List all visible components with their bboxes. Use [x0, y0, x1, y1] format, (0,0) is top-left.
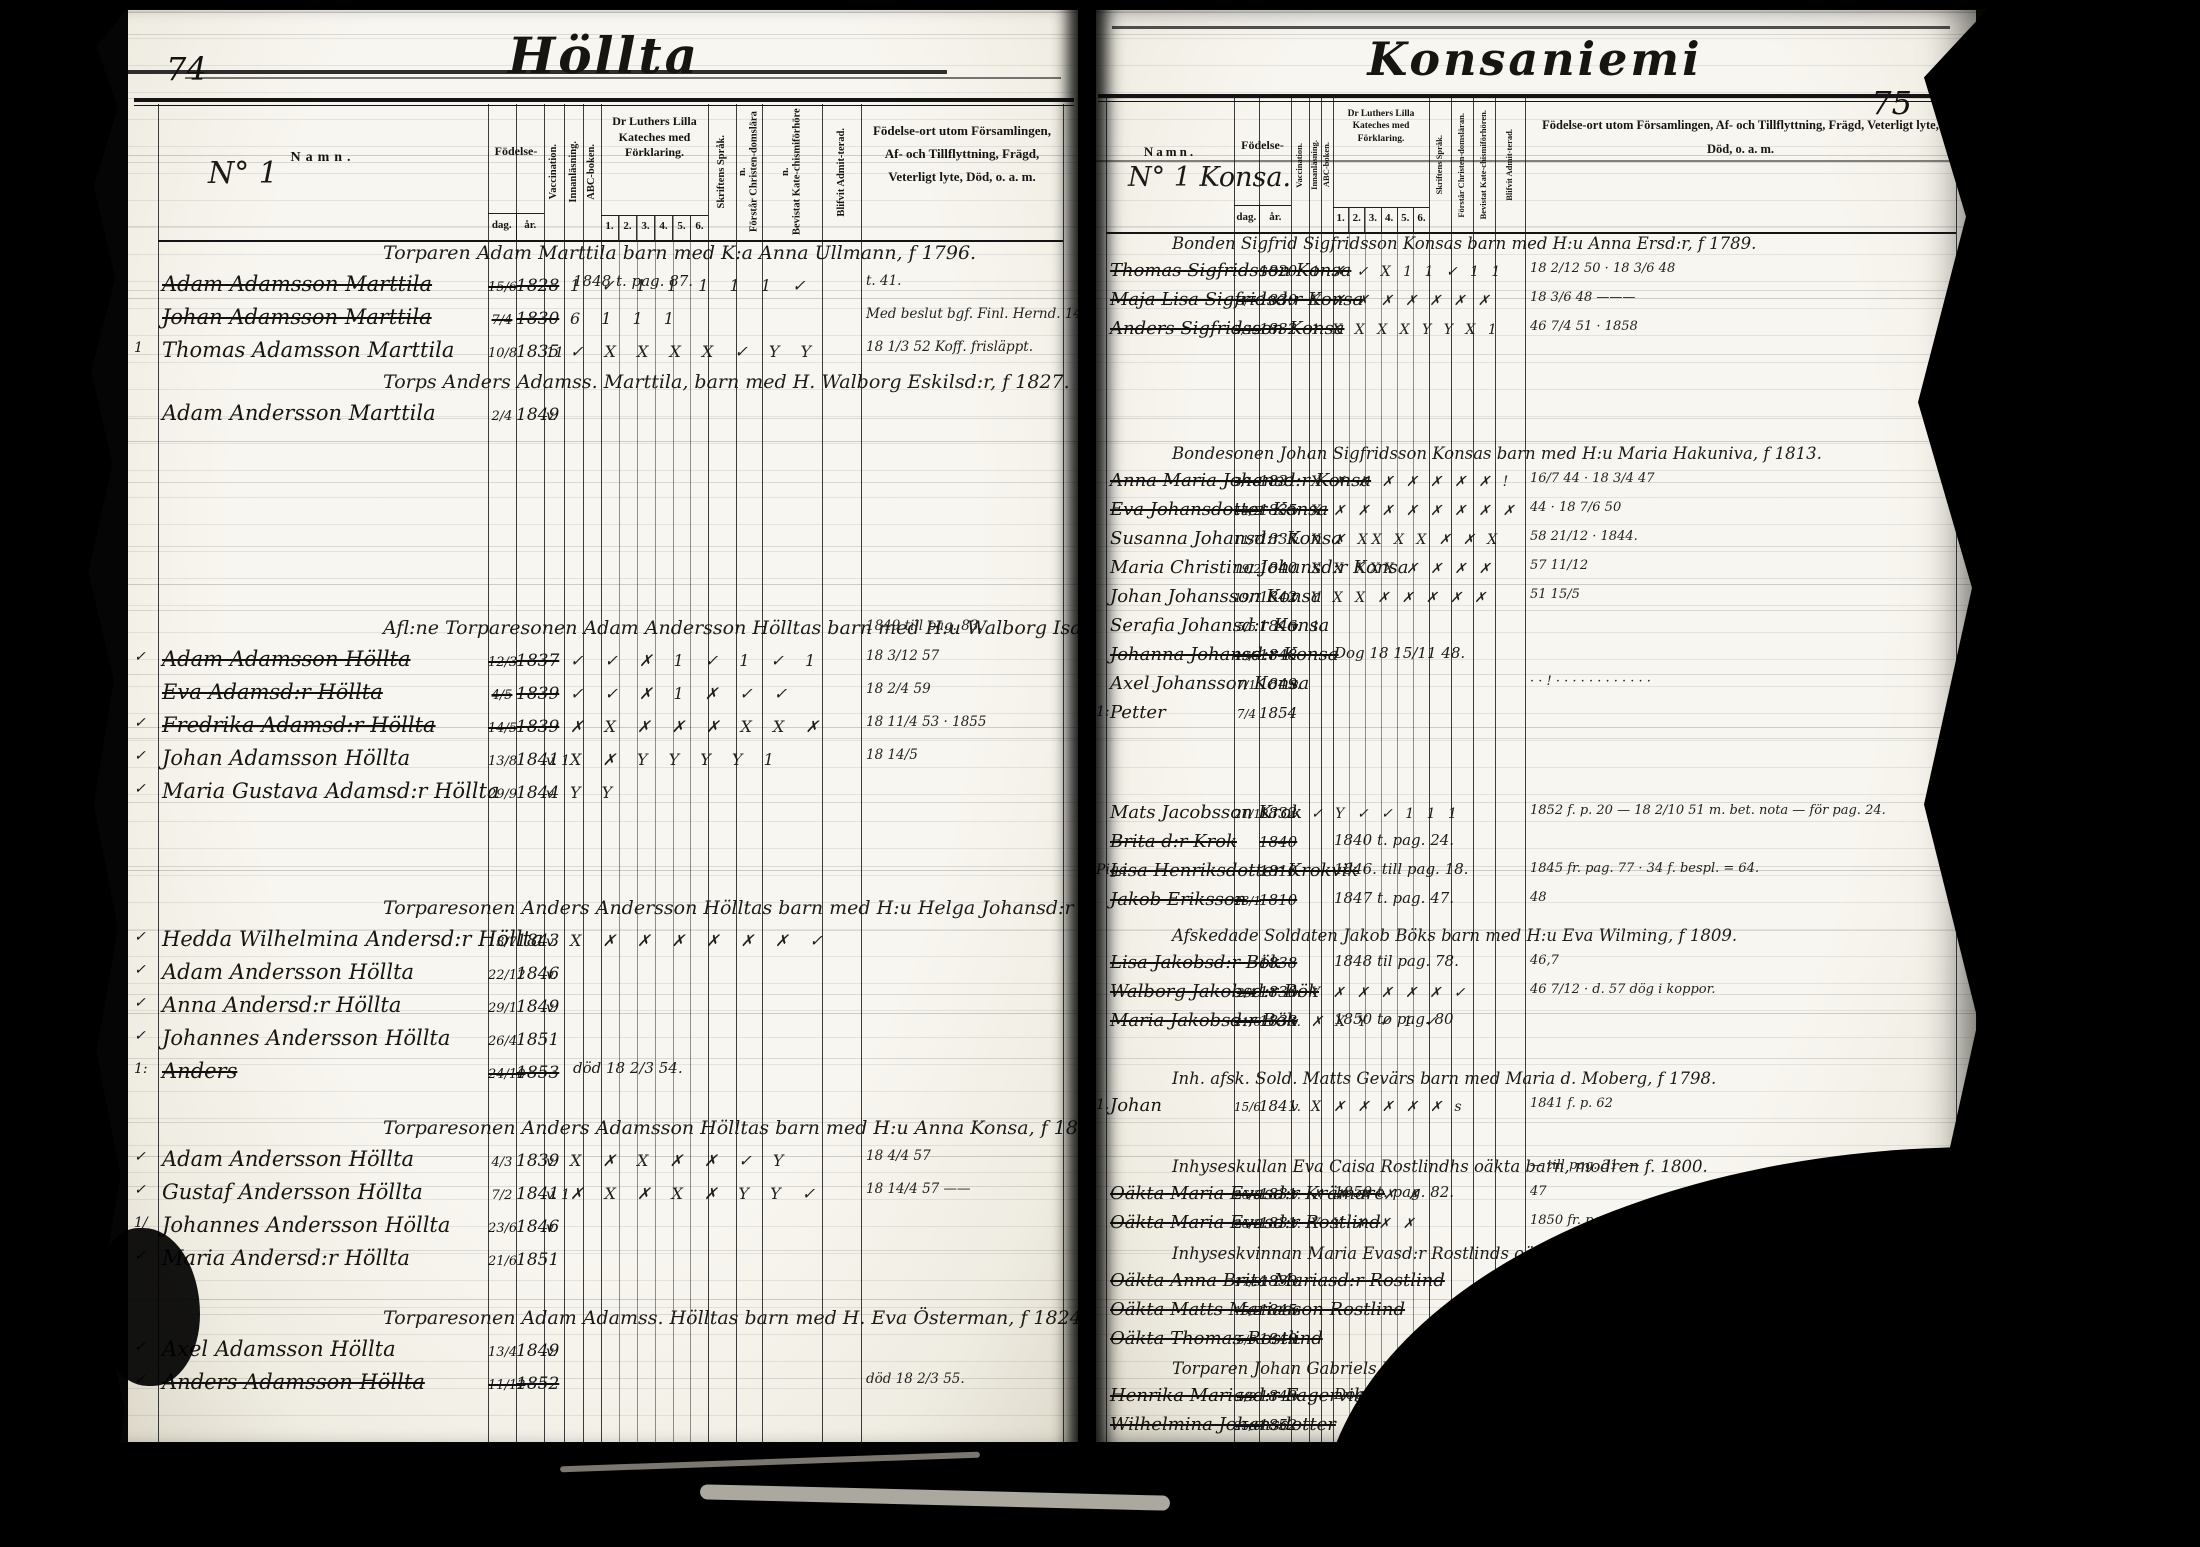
record-name: Oäkta Matts Mariasson Rostlind — [1110, 1299, 1234, 1320]
record-row: Walborg Jakobsd:r Bök2/41830v.Y ✗ ✗ ✗ ✗ … — [1094, 981, 1976, 1010]
kateches-col-1: 1. — [1333, 208, 1348, 232]
record-name: Gustaf Andersson Höllta — [162, 1180, 488, 1204]
catechism-marks: ✓ ✓ ✗ 1 ✓ 1 ✓ 1 — [570, 651, 823, 670]
record-row: 1/Johannes Andersson Höllta23/61846v. — [128, 1213, 1080, 1246]
birth-day: 13/4 — [488, 1345, 516, 1360]
row-lead-mark: Piga — [1096, 862, 1127, 878]
margin-note: · · ! · · · · · · · · · · · · — [1530, 674, 1651, 689]
birth-day: 25/6 — [1234, 1419, 1259, 1433]
birth-year: 1840 — [1259, 559, 1291, 577]
column-forstar-christendomslaran: Förstår Christen-domsläran. — [736, 104, 762, 240]
record-name: Maria Jakobsd:r Bök — [1110, 1010, 1234, 1031]
record-name: Johan Johansson Konsa — [1110, 586, 1234, 607]
record-row: Brita d:r Krok18401840 t. pag. 24. — [1094, 831, 1976, 860]
family-section: Afskedade Soldaten Jakob Böks barn med H… — [1094, 926, 1976, 1039]
birth-day: 7/1 — [1234, 678, 1259, 692]
vaccination-mark: v. — [546, 1344, 570, 1360]
kateches-col-5: 5. — [1397, 208, 1413, 232]
birth-year: 1846 — [516, 964, 546, 984]
margin-note: 1852 f. p. 20 — 18 2/10 51 m. bet. nota … — [1530, 803, 1886, 818]
margin-note: 57 11/12 — [1530, 558, 1588, 573]
column-rule — [861, 104, 862, 1442]
record-name: Johanna Johansd:r Konsa — [1110, 644, 1234, 665]
birth-year: 1849 — [516, 405, 546, 425]
kateches-col-2: 2. — [1348, 208, 1364, 232]
birth-year: 1849 — [1259, 1387, 1291, 1405]
birth-year: 1835 — [1259, 501, 1291, 519]
birth-year: 1830 — [1259, 291, 1291, 309]
catechism-marks: ✓ X X X X ✓ Y Y — [570, 342, 819, 361]
record-row: PigaLisa Henriksdotter Krokvik18101846. … — [1094, 860, 1976, 889]
row-lead-mark: ✓ — [134, 929, 146, 945]
record-name: Axel Johansson Konsa — [1110, 673, 1234, 694]
row-lead-mark: 1: — [134, 1061, 148, 1077]
vaccination-mark: v. 1 — [546, 1187, 570, 1203]
record-name: Oäkta Maria Evasd:r Krämare — [1110, 1183, 1234, 1204]
margin-note: 46,7 — [1530, 953, 1559, 968]
vaccination-mark: v. — [1291, 620, 1311, 635]
row-lead-mark: ✓ — [134, 1028, 146, 1044]
birth-year: 1841 — [516, 1184, 546, 1204]
margin-note: t. 41. — [866, 273, 901, 289]
kateches-col-3: 3. — [1364, 208, 1380, 232]
row-lead-mark: ✓ — [134, 1149, 146, 1165]
margin-note: 58 21/12 · 1844. — [1530, 529, 1638, 544]
record-row: 1Thomas Adamsson Marttila10/8183511✓ X X… — [128, 338, 1080, 371]
bevistat-label: Bevistat Kate-chismiförhören. — [780, 108, 803, 236]
record-name: Serafia Johansd:r Konsa — [1110, 615, 1234, 636]
birth-year: 1830 — [516, 309, 546, 329]
kateches-col-6: 6. — [690, 216, 708, 240]
catechism-marks: X ✗ ✗ ✗ ✗ ✗ ✗ ✗ ! — [1311, 474, 1512, 490]
family-header-note: — till pag. 31. — — [1530, 1158, 1639, 1173]
vaccination-mark: v. — [1291, 1304, 1311, 1319]
birth-day: 13/8 — [488, 754, 516, 769]
column-bevistat-katechismiforhoren: Bevistat Kate-chismiförhören. — [762, 104, 822, 240]
family-header-text: Bondesonen Johan Sigfridsson Konsas barn… — [1172, 444, 1822, 463]
subcolumn-rule — [690, 216, 691, 1442]
column-rule — [1525, 98, 1526, 1442]
family-section: Torparen Adam Marttila barn med K:a Anna… — [128, 242, 1080, 371]
birth-year: 1820 — [1259, 262, 1291, 280]
row-lead-mark: ✓ — [134, 715, 146, 731]
record-row: Johan Adamsson Marttila7/418306 1 1 1Med… — [128, 305, 1080, 338]
birth-day: 29/1 — [488, 1001, 516, 1016]
record-name: Anders Sigfridsson Konsa — [1110, 318, 1234, 339]
vaccination-mark: v. — [1291, 1015, 1311, 1030]
vaccination-mark: v. — [1291, 1100, 1311, 1115]
family-header-text: Torparen Adam Marttila barn med K:a Anna… — [383, 242, 976, 264]
family-header-row: Inh. afsk. Sold. Matts Gevärs barn med M… — [1094, 1069, 1976, 1095]
record-row: Johan Johansson Konsa19/71842v.Y X X ✗ ✗… — [1094, 586, 1976, 615]
inline-note: Dog 18 15/11 48. — [1334, 644, 1465, 662]
birth-year: 1841 — [1259, 1097, 1291, 1115]
margin-note: 18 4/4 57 — [866, 1148, 931, 1164]
column-skriftens-sprak: Skriftens Språk. — [708, 104, 736, 240]
birth-year: 1851 — [516, 1030, 546, 1050]
birth-year: 1849 — [516, 997, 546, 1017]
bevistat-label: Bevistat Kate-chismiförhören. — [1479, 110, 1488, 219]
record-row: ✓Maria Andersd:r Höllta21/61851 — [128, 1246, 1080, 1279]
birth-day: 22/12 — [488, 968, 516, 983]
birth-day: 15/6 — [488, 280, 516, 295]
catechism-marks: Y ✗ ✗ ✗ ✗ ✗ ✓ — [1311, 985, 1469, 1001]
family-header-row: Torparen Adam Marttila barn med K:a Anna… — [128, 242, 1080, 272]
column-rule — [1291, 98, 1292, 1442]
record-row: Serafia Johansd:r Konsa5/51846v.1 — [1094, 615, 1976, 644]
margin-note: 46 7/4 51 · 1858 — [1530, 319, 1638, 334]
record-row: Jakob Eriksson23/118101847 t. pag. 47.48 — [1094, 889, 1976, 918]
record-name: Johan Adamsson Höllta — [162, 746, 488, 770]
ar-label: år. — [1259, 206, 1291, 232]
column-rule — [1451, 98, 1452, 1442]
vaccination-mark: v. — [1291, 533, 1311, 548]
record-name: Oäkta Thomas Rostlind — [1110, 1328, 1234, 1349]
row-lead-mark: ✓ — [134, 781, 146, 797]
record-row: Thomas Sigfridsson Konsa18201 ✗ ✓ X 1 1 … — [1094, 260, 1976, 289]
record-name: Anders Adamsson Höllta — [162, 1370, 488, 1394]
record-name: Johan — [1110, 1095, 1234, 1116]
birth-day: 4/5 — [488, 688, 516, 703]
record-row: ✓Johannes Andersson Höllta26/41851 — [128, 1026, 1080, 1059]
birth-year: 1830 — [1259, 983, 1291, 1001]
page-title: Konsaniemi — [1094, 32, 1976, 86]
record-name: Henrika Mariasd:r Fagervik — [1110, 1385, 1234, 1406]
column-blifvit-admitterad: Blifvit Admit-terad. — [822, 104, 861, 240]
column-rule — [822, 104, 823, 1442]
skriftens-sprak-label: Skriftens Språk. — [1435, 135, 1444, 195]
record-row: ✓Johan Adamsson Höllta13/81841v. 1X ✗ Y … — [128, 746, 1080, 779]
catechism-marks: X X XXX ✗ ✗ ✗ ✗ — [1311, 561, 1494, 577]
birth-year: 1839 — [516, 717, 546, 737]
margin-note: 47 — [1530, 1184, 1547, 1199]
vaccination-label: Vaccination. — [548, 144, 560, 199]
fodelse-subheader: dag. år. — [1234, 205, 1291, 232]
birth-year: 1838 — [1259, 954, 1291, 972]
record-name: Oäkta Maria Evasd:r Rostlind — [1110, 1212, 1234, 1233]
margin-note: 18 11/4 53 · 1855 — [866, 714, 987, 730]
record-name: Adam Andersson Marttila — [162, 401, 488, 425]
birth-year: 1831 — [1259, 472, 1291, 490]
column-notes: Födelse-ort utom Församlingen, Af- och T… — [861, 104, 1063, 240]
family-header-row: Afskedade Soldaten Jakob Böks barn med H… — [1094, 926, 1976, 952]
record-name: Anna Andersd:r Höllta — [162, 993, 488, 1017]
row-lead-mark: ✓ — [134, 649, 146, 665]
vaccination-mark: v. 1 — [546, 753, 570, 769]
birth-year: 1810 — [1259, 862, 1291, 880]
birth-year: 1839 — [516, 1151, 546, 1171]
family-section: Torparesonen Anders Adamsson Hölltas bar… — [128, 1117, 1080, 1279]
birth-day: 10/8 — [488, 346, 516, 361]
catechism-marks: ✗ X ✗ X ✗ Y Y ✓ — [570, 1184, 823, 1203]
birth-year: 1845 — [1259, 1301, 1291, 1319]
record-name: Anders — [162, 1059, 488, 1083]
birth-year: 1849 — [516, 1341, 546, 1361]
record-name: Maria Christina Johansd:r Konsa — [1110, 557, 1234, 578]
column-rule — [488, 104, 489, 1442]
birth-day: 15/2 — [1234, 1304, 1259, 1318]
birth-day: 5/12 — [1234, 323, 1259, 337]
record-name: Susanna Johansd:r Konsa — [1110, 528, 1234, 549]
margin-note: 18 14/4 57 —— — [866, 1181, 971, 1197]
subcolumn-rule — [619, 216, 620, 1442]
birth-day: 19/7 — [1234, 591, 1259, 605]
record-name: Thomas Adamsson Marttila — [162, 338, 488, 362]
birth-year: 1849 — [1259, 675, 1291, 693]
family-header-row: Afl:ne Torparesonen Adam Andersson Höllt… — [128, 617, 1080, 647]
record-row: 1.Johan15/61841v.X ✗ ✗ ✗ ✗ ✗ s1841 f. p.… — [1094, 1095, 1976, 1124]
column-rule — [1333, 98, 1334, 1442]
birth-day: 24/10 — [488, 1067, 516, 1082]
birth-day: 3/7 — [1234, 294, 1259, 308]
subcolumn-rule — [655, 216, 656, 1442]
inline-note: 1848 t. pag. 87. — [573, 272, 693, 290]
vaccination-mark: v. — [1291, 504, 1311, 519]
column-rule — [1309, 98, 1310, 1442]
inline-note: 1846. till pag. 18. — [1334, 860, 1468, 878]
column-rule — [544, 104, 545, 1442]
family-header-row: Torparesonen Anders Adamsson Hölltas bar… — [128, 1117, 1080, 1147]
record-row: ✓Anders Adamsson Höllta11/121852död 18 2… — [128, 1370, 1080, 1403]
catechism-marks: X ✗ ✗ ✗ ✗ ✗ ✗ ✓ — [570, 931, 831, 950]
row-lead-mark: 1. — [1096, 1097, 1109, 1113]
column-notes: Födelse-ort utom Församlingen, Af- och T… — [1525, 98, 1956, 232]
record-name: Adam Andersson Höllta — [162, 960, 488, 984]
kateches-col-5: 5. — [672, 216, 690, 240]
family-header-note: 1849 till pag. 83. — [866, 618, 983, 634]
birth-year: 1849 — [1259, 1330, 1291, 1348]
record-name: Lisa Henriksdotter Krokvik — [1110, 860, 1234, 881]
family-header-row: Torparesonen Anders Andersson Hölltas ba… — [128, 897, 1080, 927]
vaccination-mark: v. — [1291, 807, 1311, 822]
vaccination-mark: v. — [1291, 1275, 1311, 1290]
record-row: 1:Anders24/101853död 18 2/3 54. — [128, 1059, 1080, 1092]
inline-note: 1847 t. pag. 47. — [1334, 889, 1454, 907]
record-name: Jakob Eriksson — [1110, 889, 1234, 910]
dag-label: dag. — [1234, 206, 1259, 232]
record-row: ✓Hedda Wilhelmina Andersd:r Höllta13/718… — [128, 927, 1080, 960]
records-area: Torparen Adam Marttila barn med K:a Anna… — [128, 242, 1080, 1442]
record-row: Anders Sigfridsson Konsa5/1218321 X X X … — [1094, 318, 1976, 347]
title-rule — [134, 98, 1074, 102]
subcolumn-rule — [1397, 208, 1398, 1442]
family-header-row: Torparesonen Adam Adamss. Hölltas barn m… — [128, 1307, 1080, 1337]
birth-day: 14/5 — [488, 721, 516, 736]
record-row: Axel Johansson Konsa7/11849v.· · ! · · ·… — [1094, 673, 1976, 702]
subcolumn-rule — [673, 216, 674, 1442]
subcolumn-rule — [637, 216, 638, 1442]
birth-year: 1854 — [1259, 704, 1291, 722]
family-section: Torparesonen Adam Adamss. Hölltas barn m… — [128, 1307, 1080, 1403]
blifvit-label: Blifvit Admit-terad. — [836, 128, 848, 217]
namn-label: Namn. — [1106, 144, 1234, 160]
record-row: Maria Jakobsd:r Bök21/61838v.✗ X Y ✓ 1 ✓… — [1094, 1010, 1976, 1039]
inline-note: död 18 2/3 54. — [573, 1059, 683, 1077]
forstar-label: Förstår Christen-domsläran. — [1457, 113, 1466, 218]
record-row: ✓Anna Andersd:r Höllta29/11849v. — [128, 993, 1080, 1026]
birth-year: 1831 — [1259, 1185, 1291, 1203]
birth-day: 5/6 — [1234, 1333, 1259, 1347]
vaccination-label: Vaccination. — [1295, 143, 1304, 188]
family-section: Torparesonen Anders Andersson Hölltas ba… — [128, 897, 1080, 1092]
kateches-col-6: 6. — [1413, 208, 1429, 232]
birth-year: 1842 — [1259, 588, 1291, 606]
birth-day: 11/7 — [1234, 533, 1259, 547]
birth-day: 21/6 — [1234, 1015, 1259, 1029]
family-section: Mats Jacobsson Krok21/121832v.✓ Y ✓ ✓ 1 … — [1094, 802, 1976, 918]
section-number: N° 1 Konsa. — [1128, 162, 1291, 193]
birth-year: 1853 — [516, 1063, 546, 1083]
record-row: 1:Petter7/41854 — [1094, 702, 1976, 731]
birth-year: 1851 — [516, 1250, 546, 1270]
record-row: ✓Axel Adamsson Höllta13/41849v. — [128, 1337, 1080, 1370]
birth-year: 1832 — [1259, 320, 1291, 338]
family-header-text: Inh. afsk. Sold. Matts Gevärs barn med M… — [1172, 1069, 1716, 1088]
column-innanlasning: Innanläsning. — [1309, 98, 1321, 232]
column-forstar-christendomslaran: Förstår Christen-domsläran. — [1451, 98, 1473, 232]
birth-year: 1844 — [516, 783, 546, 803]
birth-day: 5/9 — [1234, 1390, 1259, 1404]
column-rule — [1495, 98, 1496, 1442]
record-name: Petter — [1110, 702, 1234, 723]
column-rule — [564, 104, 565, 1442]
kateches-col-4: 4. — [654, 216, 672, 240]
birth-day: 19/2 — [1234, 562, 1259, 576]
catechism-marks: X ✗ ✗ ✗ ✗ ✗ ✗ ✗ ✗ — [1311, 503, 1518, 519]
skriftens-sprak-label: Skriftens Språk. — [716, 135, 728, 209]
record-row: Anna Maria Johansd:r Konsa3/101831X ✗ ✗ … — [1094, 470, 1976, 499]
birth-year: 1835 — [516, 342, 546, 362]
notes-label: Födelse-ort utom Församlingen, Af- och T… — [865, 120, 1059, 188]
catechism-marks: Y Y — [570, 783, 620, 802]
birth-year: 1810 — [1259, 891, 1291, 909]
record-row: Mats Jacobsson Krok21/121832v.✓ Y ✓ ✓ 1 … — [1094, 802, 1976, 831]
notes-label: Födelse-ort utom Församlingen, Af- och T… — [1529, 114, 1952, 162]
birth-year: 1846 — [516, 1217, 546, 1237]
birth-year: 1828 — [516, 276, 546, 296]
page-title: Höllta — [128, 26, 1080, 85]
record-row: Johanna Johansd:r Konsa19/71848Dog 18 15… — [1094, 644, 1976, 673]
vaccination-mark: v. — [1291, 591, 1311, 606]
row-lead-mark: ✓ — [134, 995, 146, 1011]
inline-note: 1850 to pag. 80 — [1334, 1010, 1454, 1028]
column-rule — [1106, 98, 1107, 1442]
scan-top-band — [0, 0, 2200, 9]
margin-note: 1841 f. p. 62 — [1530, 1096, 1613, 1111]
record-name: Maria Andersd:r Höllta — [162, 1246, 488, 1270]
forstar-label: Förstår Christen-domsläran. — [737, 108, 760, 236]
vaccination-mark: v. — [546, 408, 570, 424]
birth-day: 26/2 — [1234, 1217, 1259, 1231]
birth-year: 1843 — [516, 931, 546, 951]
inline-note: 1850 t. pag. 82. — [1334, 1183, 1454, 1201]
family-section: Bondesonen Johan Sigfridsson Konsas barn… — [1094, 444, 1976, 731]
record-row: Lisa Jakobsd:r Bök18381848 til pag. 78.4… — [1094, 952, 1976, 981]
margin-note: 48 — [1530, 890, 1547, 905]
birth-day: 19/7 — [1234, 649, 1259, 663]
catechism-marks: Y ✗ ✗ ✗ ✗ ✗ ✗ ✗ — [1311, 293, 1494, 309]
margin-note: 44 · 18 7/6 50 — [1530, 500, 1621, 515]
book-gutter — [1078, 0, 1096, 1450]
family-section: Inh. afsk. Sold. Matts Gevärs barn med M… — [1094, 1069, 1976, 1124]
column-vaccination: Vaccination. — [544, 104, 564, 240]
birth-day: 21/12 — [1234, 807, 1259, 821]
vaccination-mark: v. — [1291, 1217, 1311, 1232]
record-row: ✓Maria Gustava Adamsd:r Höllta29/91844v.… — [128, 779, 1080, 812]
record-name: Brita d:r Krok — [1110, 831, 1234, 852]
birth-day: 23/1 — [1234, 894, 1259, 908]
margin-note: 1845 fr. pag. 77 · 34 f. bespl. = 64. — [1530, 861, 1759, 876]
record-name: Adam Adamsson Höllta — [162, 647, 488, 671]
fodelse-label: Födelse- — [1234, 138, 1291, 153]
record-name: Maja Lisa Sigfridsd:r Konsa — [1110, 289, 1234, 310]
column-rule — [1473, 98, 1474, 1442]
birth-day: 29/9 — [488, 787, 516, 802]
row-lead-mark: 1: — [1096, 704, 1110, 720]
family-header-text: Afskedade Soldaten Jakob Böks barn med H… — [1172, 926, 1737, 945]
margin-note: 46 7/12 · d. 57 dög i koppor. — [1530, 982, 1716, 997]
birth-day: 21/6 — [488, 1254, 516, 1269]
column-rule — [1234, 98, 1235, 1442]
margin-note: 18 1/3 52 Koff. frisläppt. — [866, 339, 1033, 355]
row-lead-mark: ✓ — [134, 748, 146, 764]
record-name: Hedda Wilhelmina Andersd:r Höllta — [162, 927, 488, 951]
margin-note: 18 14/5 — [866, 747, 918, 763]
birth-day: 4/3 — [488, 1155, 516, 1170]
birth-day: 2/4 — [488, 409, 516, 424]
kateches-col-2: 2. — [618, 216, 636, 240]
birth-day: 15/6 — [1234, 1100, 1259, 1114]
birth-year: 1848 — [1259, 646, 1291, 664]
column-rule — [708, 104, 709, 1442]
vaccination-mark: v. — [546, 967, 570, 983]
record-name: Oäkta Anna Brita Mariasd:r Rostlind — [1110, 1270, 1234, 1291]
left-page: 74 Höllta Namn. Födelse- dag. år. Vaccin… — [128, 10, 1080, 1442]
subcolumn-rule — [1349, 208, 1350, 1442]
vaccination-mark: v. — [546, 934, 570, 950]
subcolumn-rule — [1381, 208, 1382, 1442]
birth-year: 1837 — [1259, 530, 1291, 548]
birth-day: 26/3 — [1234, 1188, 1259, 1202]
family-header-text: Torps Anders Adamss. Marttila, barn med … — [383, 371, 1070, 393]
birth-day: 14/2 — [1234, 504, 1259, 518]
record-row: Maria Christina Johansd:r Konsa19/21840X… — [1094, 557, 1976, 586]
ar-label: år. — [516, 214, 545, 240]
column-rule — [516, 104, 517, 1442]
birth-year: 1841 — [516, 750, 546, 770]
record-row: Adam Andersson Marttila2/41849v. — [128, 401, 1080, 434]
record-name: Adam Adamsson Marttila — [162, 272, 488, 296]
record-row: ✓Adam Adamsson Höllta12/31837✓ ✓ ✗ 1 ✓ 1… — [128, 647, 1080, 680]
margin-note: Med beslut bgf. Finl. Hernd. 14 24/4 51 … — [866, 306, 1080, 322]
vaccination-mark: 11 — [546, 345, 570, 361]
margin-note: 51 15/5 — [1530, 587, 1580, 602]
scan-streak — [1112, 26, 1950, 29]
vaccination-mark: v. — [1291, 1390, 1311, 1405]
vaccination-mark: v. — [546, 1154, 570, 1170]
column-rule — [1429, 98, 1430, 1442]
birth-year: 1838 — [1259, 1012, 1291, 1030]
column-abc-boken: ABC-boken. — [1321, 98, 1333, 232]
kateches-col-1: 1. — [601, 216, 618, 240]
record-name: Wilhelmina Johansdotter — [1110, 1414, 1234, 1435]
family-header-row: Bondesonen Johan Sigfridsson Konsas barn… — [1094, 444, 1976, 470]
catechism-marks: ✗ X ✗ ✗ ✗ X X ✗ — [570, 717, 827, 736]
margin-note: 18 2/12 50 · 18 3/6 48 — [1530, 261, 1675, 276]
row-lead-mark: ✓ — [134, 1182, 146, 1198]
subcolumn-rule — [1365, 208, 1366, 1442]
birth-day: 12/3 — [488, 655, 516, 670]
